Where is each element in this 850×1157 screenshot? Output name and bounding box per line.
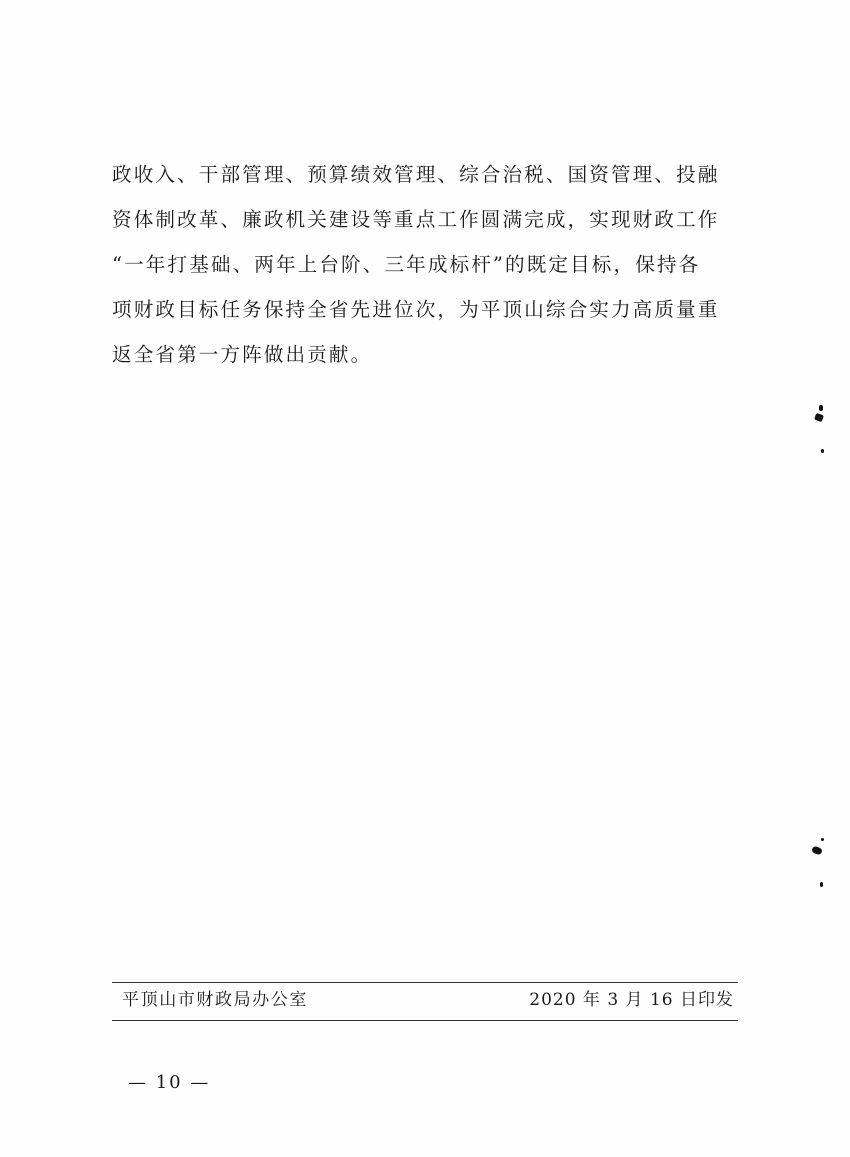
- body-paragraph: 政收入、干部管理、预算绩效管理、综合治税、国资管理、投融 资体制改革、廉政机关建…: [112, 152, 752, 377]
- binding-mark: [814, 413, 824, 422]
- footer-top-rule: [112, 982, 738, 983]
- binding-mark: [821, 449, 824, 453]
- binding-mark: [820, 882, 823, 887]
- binding-mark: [821, 838, 824, 841]
- body-line: 资体制改革、廉政机关建设等重点工作圆满完成，实现财政工作: [112, 197, 752, 242]
- document-page: 政收入、干部管理、预算绩效管理、综合治税、国资管理、投融 资体制改革、廉政机关建…: [0, 0, 850, 1157]
- body-line: 返全省第一方阵做出贡献。: [112, 332, 752, 377]
- footer-bottom-rule: [112, 1020, 738, 1021]
- issue-date: 2020 年 3 月 16 日印发: [529, 986, 734, 1014]
- body-line: “一年打基础、两年上台阶、三年成标杆”的既定目标，保持各: [112, 242, 752, 287]
- binding-mark: [811, 846, 823, 856]
- page-number: — 10 —: [128, 1072, 210, 1093]
- body-line: 项财政目标任务保持全省先进位次，为平顶山综合实力高质量重: [112, 287, 752, 332]
- binding-mark: [819, 405, 823, 411]
- body-line: 政收入、干部管理、预算绩效管理、综合治税、国资管理、投融: [112, 152, 752, 197]
- issuer-name: 平顶山市财政局办公室: [122, 986, 308, 1014]
